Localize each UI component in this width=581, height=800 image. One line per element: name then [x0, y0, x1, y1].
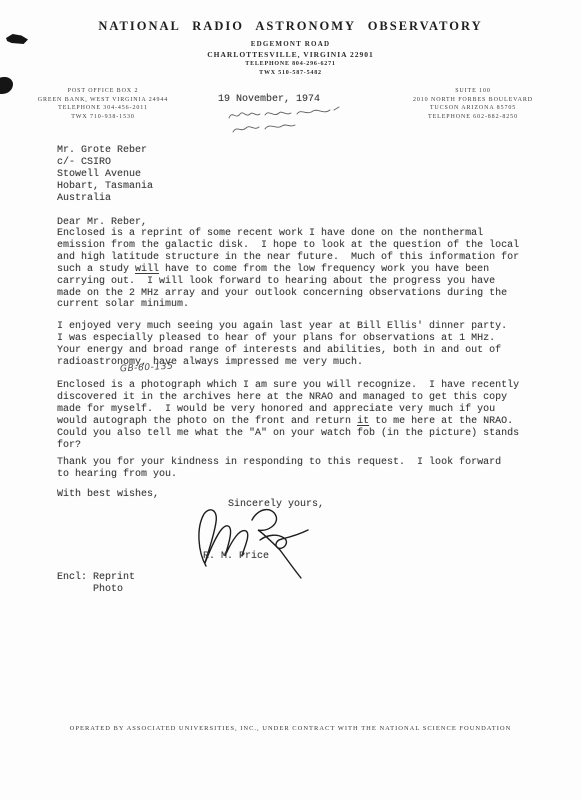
handwritten-note — [227, 106, 345, 140]
closing-regards: With best wishes, — [57, 489, 159, 501]
letter-page: NATIONAL RADIO ASTRONOMY OBSERVATORY EDG… — [0, 0, 581, 800]
body-paragraph-4: Thank you for your kindness in respondin… — [57, 457, 501, 481]
footer-line: OPERATED BY ASSOCIATED UNIVERSITIES, INC… — [0, 725, 581, 732]
letterhead-city: CHARLOTTESVILLE, VIRGINIA 22901 — [0, 50, 581, 59]
body-paragraph-2: I enjoyed very much seeing you again las… — [57, 321, 507, 369]
body-paragraph-1: Enclosed is a reprint of some recent wor… — [57, 228, 519, 311]
date-line: 19 November, 1974 — [218, 94, 320, 106]
letterhead-phone: TELEPHONE 804-296-6271 — [0, 61, 581, 67]
body-paragraph-3: Enclosed is a photograph which I am sure… — [57, 380, 519, 451]
catalog-number-annotation: GB-60-135 — [120, 362, 174, 375]
signature-script — [192, 500, 342, 580]
letterhead-street: EDGEMONT ROAD — [0, 40, 581, 48]
green-bank-office-block: POST OFFICE BOX 2 GREEN BANK, WEST VIRGI… — [8, 87, 198, 121]
letterhead-title: NATIONAL RADIO ASTRONOMY OBSERVATORY — [0, 19, 581, 34]
recipient-address: Mr. Grote Reber c/- CSIRO Stowell Avenue… — [57, 145, 153, 205]
letterhead-twx: TWX 510-587-5482 — [0, 70, 581, 76]
enclosure-lines: Encl: Reprint Photo — [57, 572, 135, 596]
typed-name: R. M. Price — [203, 551, 269, 563]
tucson-office-block: SUITE 100 2010 NORTH FORBES BOULEVARD TU… — [378, 87, 568, 121]
